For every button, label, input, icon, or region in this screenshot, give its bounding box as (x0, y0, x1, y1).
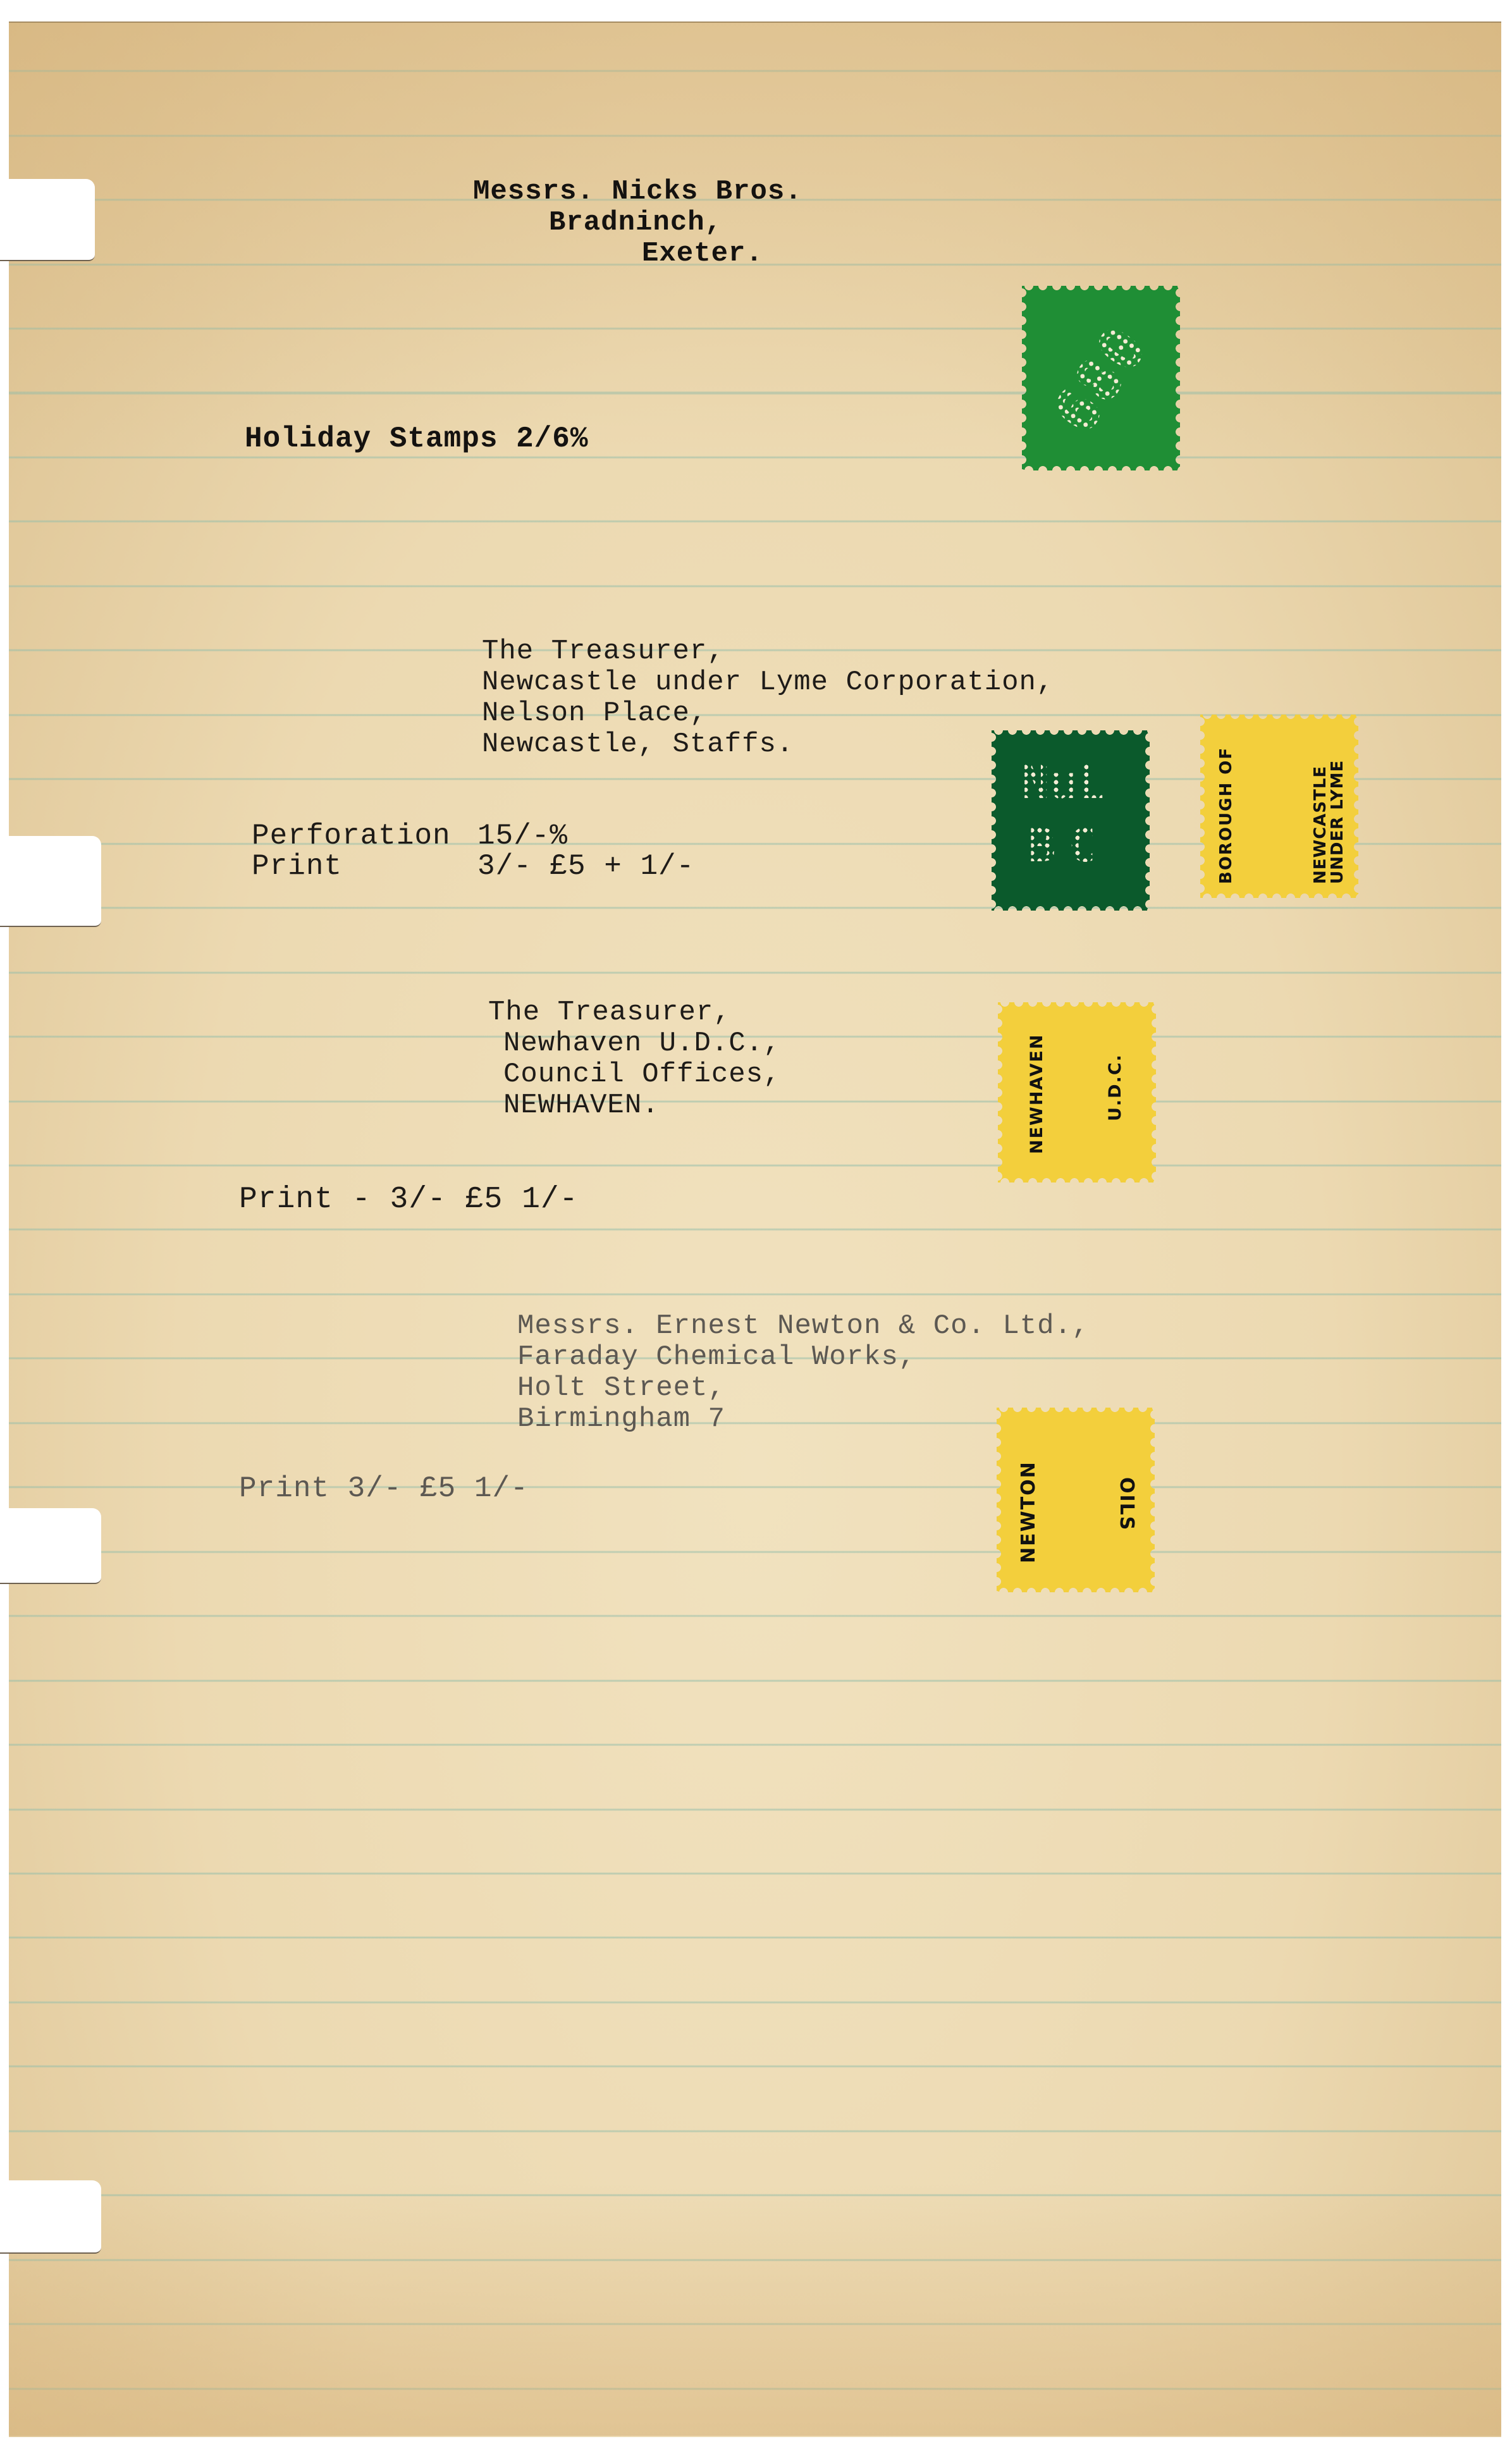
pricing-label: Print (252, 850, 342, 883)
printed-stamp-newton-oils: NEWTON OILS (997, 1408, 1155, 1592)
binder-notch (0, 836, 101, 927)
address-line: NEWHAVEN. (503, 1090, 660, 1121)
address-line: Newcastle under Lyme Corporation, (482, 666, 1054, 698)
stamp-text: BOROUGH OF (1218, 747, 1234, 884)
pricing-label: Perforation (252, 820, 451, 852)
perforation-text: NuL (1022, 756, 1104, 809)
address-line: Nelson Place, (482, 697, 707, 729)
address-line: Messrs. Nicks Bros. (473, 176, 802, 207)
pricing-note: Holiday Stamps 2/6% (245, 422, 589, 455)
printed-stamp-newhaven: NEWHAVEN U.D.C. (998, 1002, 1156, 1182)
pricing-value: 15/-% (477, 820, 568, 852)
address-line: Messrs. Ernest Newton & Co. Ltd., (517, 1310, 1089, 1342)
address-line: Newcastle, Staffs. (482, 728, 794, 760)
pricing-note: Print - 3/- £5 1/- (239, 1182, 578, 1217)
binder-notch (0, 1508, 101, 1584)
perfin-stamp-nulbc: NuL BC (992, 730, 1150, 911)
pricing-value: 3/- £5 + 1/- (477, 850, 694, 883)
printed-stamp-newcastle: BOROUGH OF NEWCASTLE UNDER LYME (1200, 715, 1358, 898)
stamp-text: NEWHAVEN (1028, 1034, 1045, 1154)
address-line: The Treasurer, (488, 997, 731, 1028)
perforation-text: BC (1028, 819, 1109, 872)
address-line: Birmingham 7 (517, 1403, 725, 1435)
ledger-page (9, 21, 1501, 2437)
address-line: Newhaven U.D.C., (503, 1028, 780, 1059)
address-line: Faraday Chemical Works, (517, 1341, 916, 1373)
address-line: The Treasurer, (482, 636, 725, 667)
stamp-text: OILS (1117, 1477, 1136, 1531)
stamp-text: NEWCASTLE (1312, 766, 1329, 884)
address-line: Holt Street, (517, 1372, 725, 1404)
stamp-text: UNDER LYME (1329, 760, 1346, 884)
address-line: Council Offices, (503, 1059, 780, 1090)
binder-notch (0, 179, 95, 261)
binder-notch (0, 2180, 101, 2254)
pricing-note: Print 3/- £5 1/- (239, 1472, 529, 1505)
stamp-text: NEWTON (1019, 1461, 1038, 1563)
address-line: Exeter. (642, 238, 763, 269)
perfin-stamp-6802: 6802 (1022, 286, 1180, 470)
address-line: Bradninch, (549, 207, 722, 238)
stamp-text: U.D.C. (1107, 1053, 1124, 1121)
